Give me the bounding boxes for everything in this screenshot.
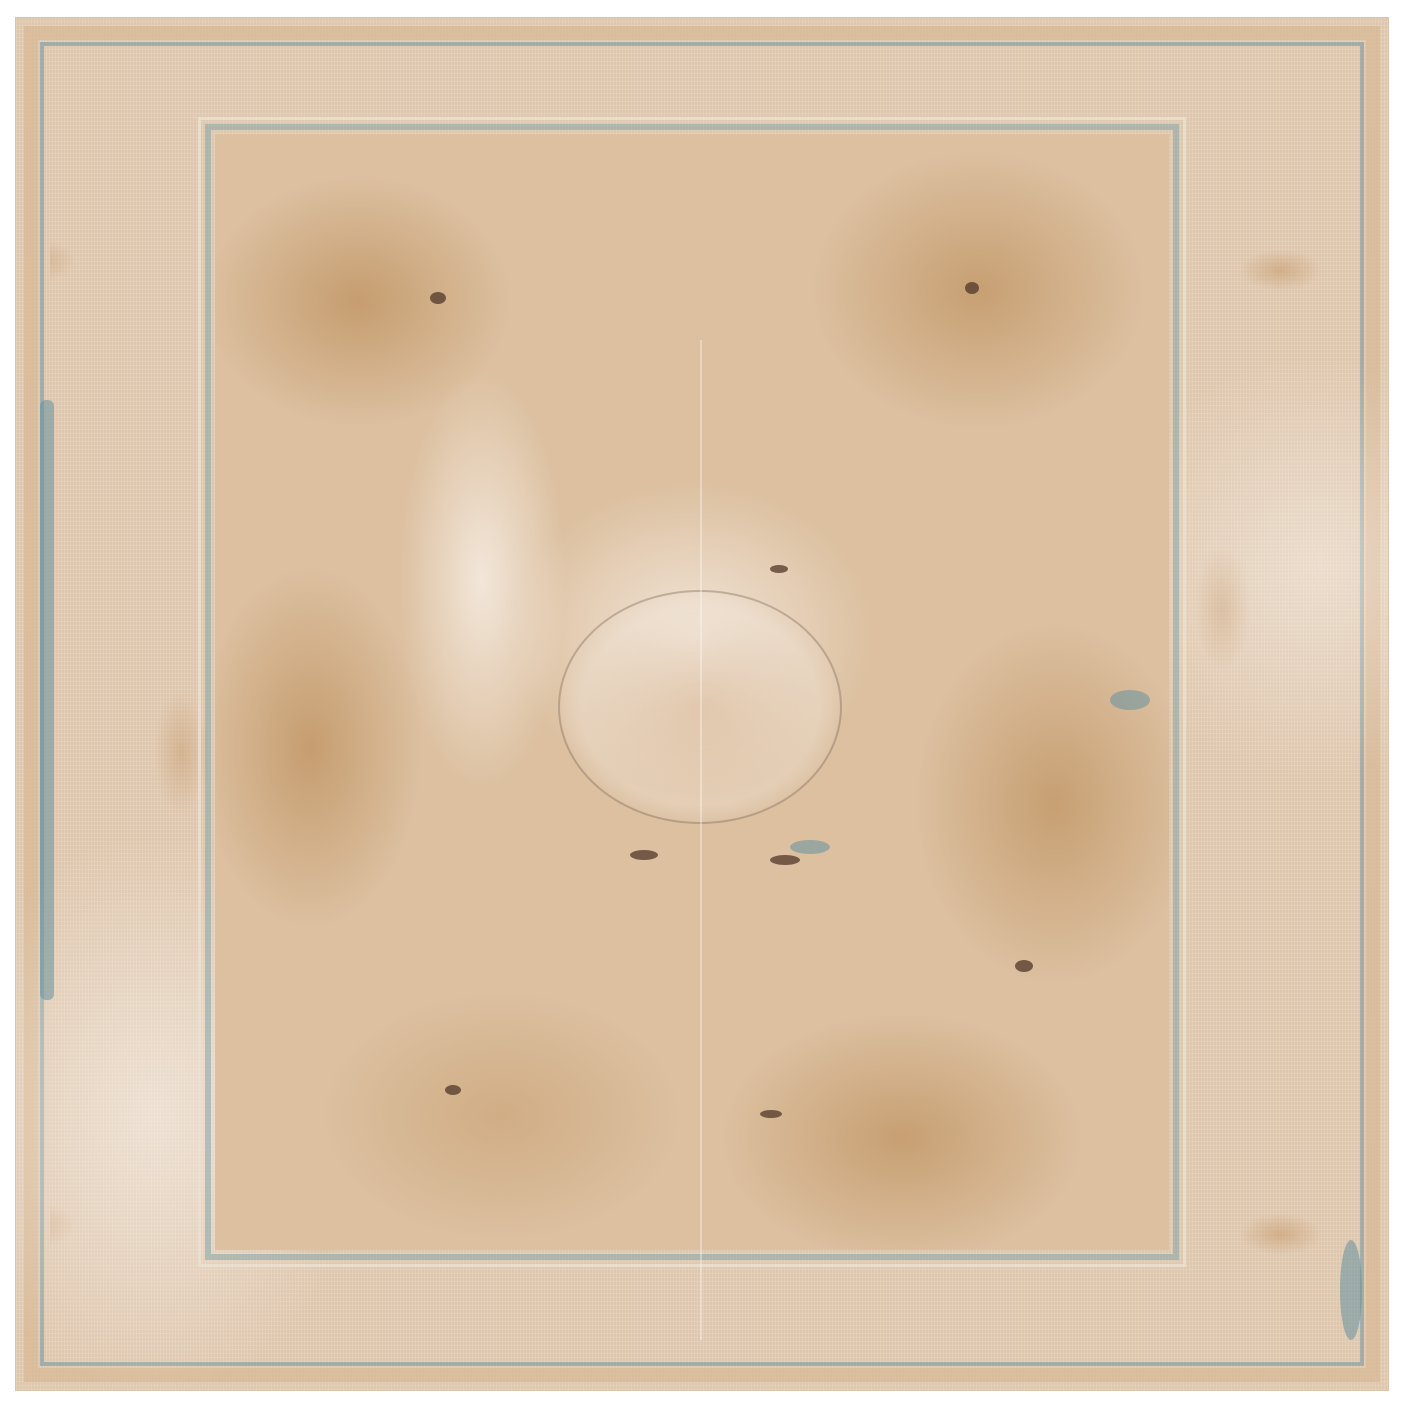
dark-motif [965,282,979,294]
dark-motif [445,1085,461,1095]
dark-motif [630,850,658,860]
blue-motif [790,840,830,854]
dark-motif [770,565,788,573]
blue-motif [1340,1240,1362,1340]
dark-motif [770,855,800,865]
dark-motif [1015,960,1033,972]
blue-motif [1110,690,1150,710]
blue-motif [40,400,54,1000]
dark-motif [760,1110,782,1118]
dark-motif [430,292,446,304]
center-seam [700,340,702,1340]
